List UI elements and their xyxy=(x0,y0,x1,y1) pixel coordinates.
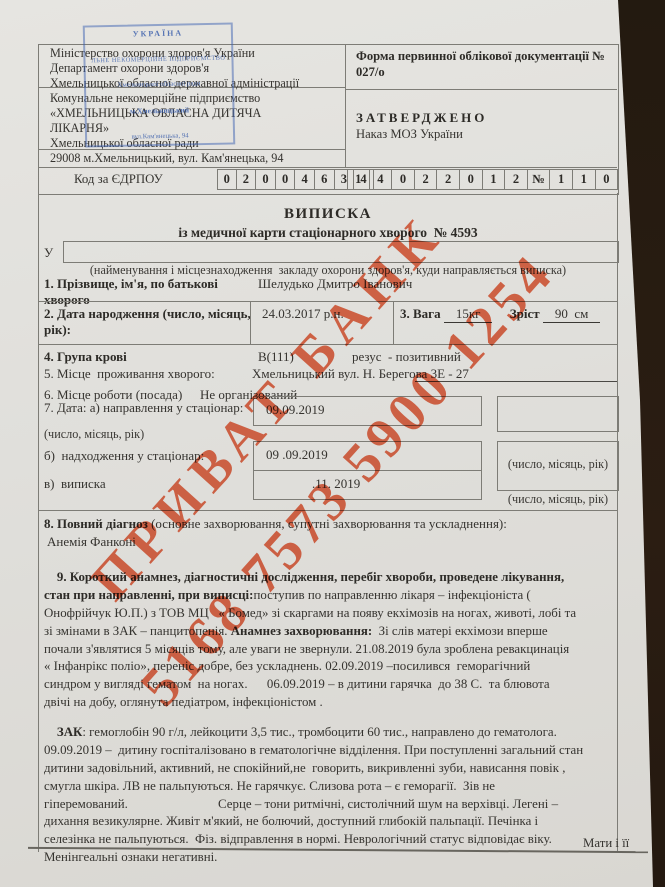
date-admission-referral-label: 7. Дата: а) направлення у стаціонар: xyxy=(44,400,243,416)
header-code-row-divider xyxy=(38,167,617,168)
digit-cell: 1 xyxy=(550,169,573,190)
residence-label: 5. Місце проживання хворого: xyxy=(44,366,215,382)
anamnesis-paragraph: 9. Короткий анамнез, діагностичні дослід… xyxy=(44,551,622,730)
destination-blank-box xyxy=(63,241,619,263)
form-code-label: Форма первинної облікової документації №… xyxy=(356,48,611,80)
stamp-line: м.Хмельницький xyxy=(88,105,230,117)
date-referral-box: 09.09.2019 xyxy=(253,396,482,426)
height-label: Зріст xyxy=(510,306,540,321)
header-right-divider xyxy=(345,89,617,90)
weight-value: 15кг xyxy=(444,306,493,323)
date-a-caption: (число, місяць, рік) xyxy=(44,427,144,442)
date-discharge-box: .11. 2019 xyxy=(253,470,482,500)
row-divider xyxy=(38,344,617,345)
birth-label2: рік): xyxy=(44,322,71,338)
weight-label: 3. Вага xyxy=(400,306,441,321)
digit-cell: 0 xyxy=(596,169,619,190)
weight-height-cell: 3. Вага 15кг Зріст 90 см xyxy=(400,306,615,323)
row-divider xyxy=(38,301,617,302)
digit-cell: 4 xyxy=(370,169,393,190)
zak-text: : гемоглобін 90 г/л, лейкоцити 3,5 тис.,… xyxy=(44,725,583,864)
digit-cell: 2 xyxy=(437,169,460,190)
stamp-line: вул.Кам'янецька, 94 xyxy=(89,132,231,143)
approved-title: ЗАТВЕРДЖЕНО xyxy=(356,110,487,126)
digit-cell: 0 xyxy=(256,169,276,190)
form-code-line1: Форма первинної облікової документації № xyxy=(356,48,611,64)
form-code-line2: 027/о xyxy=(356,64,611,80)
diagnosis-label-rest: (основне захворювання, супутні захворюва… xyxy=(148,516,507,531)
scanned-document-photo: Міністерство охорони здоров'я України Де… xyxy=(0,0,665,887)
edrpou-label: Код за ЄДРПОУ xyxy=(74,172,163,187)
digit-cell: 0 xyxy=(217,169,237,190)
destination-prefix: У xyxy=(44,245,53,261)
org-line: 29008 м.Хмельницький, вул. Кам'янецька, … xyxy=(50,151,346,166)
digit-cell: 2 xyxy=(237,169,257,190)
stamp-line: УКРАЇНА xyxy=(87,28,229,40)
date-admission-box: 09 .09.2019 xyxy=(253,441,482,471)
footer-right-note: Мати і її xyxy=(583,836,629,851)
digit-cell: 4 xyxy=(295,169,315,190)
name-label: 1. Прізвище, ім'я, по батькові xyxy=(44,276,218,292)
diagnosis-label-bold: 8. Повний діагноз xyxy=(44,516,148,531)
cell-divider xyxy=(393,301,394,344)
form-code-cells: 1 4 0 2 2 0 1 2 № 1 1 0 xyxy=(347,169,618,190)
org-stamp: УКРАЇНА ЛЬНЕ НЕКОМЕРЦІЙНЕ ПІДПРИЄМСТВО Х… xyxy=(83,22,236,147)
digit-cell: 0 xyxy=(276,169,296,190)
digit-cell: 0 xyxy=(460,169,483,190)
zak-heading: ЗАК xyxy=(57,725,82,739)
digit-cell: 1 xyxy=(347,169,370,190)
name-value: Шелудько Дмитро Іванович xyxy=(258,276,412,292)
date-admission-value: 09 .09.2019 xyxy=(266,447,328,463)
digit-cell: 2 xyxy=(415,169,438,190)
digit-cell: № xyxy=(528,169,551,190)
digit-cell: 2 xyxy=(505,169,528,190)
digit-cell: 1 xyxy=(483,169,506,190)
document-subtitle: із медичної карти стаціонарного хворого … xyxy=(38,225,618,241)
residence-underline xyxy=(415,381,617,382)
digit-cell: 1 xyxy=(573,169,596,190)
diagnosis-value: Анемія Фанконі xyxy=(47,534,136,550)
residence-value: Хмельницький вул. Н. Берегова 3Е - 27 xyxy=(252,366,469,382)
status-paragraph: ЗАК: гемоглобін 90 г/л, лейкоцити 3,5 ти… xyxy=(44,706,622,885)
date-discharge-label: в) виписка xyxy=(44,476,106,492)
document-title: ВИПИСКА xyxy=(38,206,618,223)
blood-label: 4. Група крові xyxy=(44,349,127,365)
diagnosis-label: 8. Повний діагноз (основне захворювання,… xyxy=(44,516,619,532)
birth-label: 2. Дата народження (число, місяць, xyxy=(44,306,251,322)
stamp-line: ЛЬНЕ НЕКОМЕРЦІЙНЕ ПІДПРИЄМСТВО xyxy=(87,55,229,65)
row-divider xyxy=(38,510,617,511)
birth-value: 24.03.2017 р.н. xyxy=(262,306,344,322)
digit-cell: 6 xyxy=(315,169,335,190)
approved-subtitle: Наказ МОЗ України xyxy=(356,127,463,142)
height-value: 90 см xyxy=(543,306,601,323)
blood-rh-value: резус - позитивний xyxy=(352,349,461,365)
date-c-caption: (число, місяць, рік) xyxy=(499,492,617,507)
date-box-empty-a xyxy=(497,396,619,432)
digit-cell: 0 xyxy=(392,169,415,190)
cell-divider xyxy=(250,301,251,344)
table-left-border xyxy=(38,193,39,852)
blood-value: В(111) xyxy=(258,349,294,365)
date-discharge-value: .11. 2019 xyxy=(312,476,360,492)
date-referral-value: 09.09.2019 xyxy=(266,402,325,418)
date-admission-label: б) надходження у стаціонар: xyxy=(44,448,204,464)
stamp-line: Хмельницької обласної ради xyxy=(88,80,230,91)
date-b-caption: (число, місяць, рік) xyxy=(499,457,617,472)
anamnesis-subheading: Анамнез захворювання: xyxy=(231,624,372,638)
